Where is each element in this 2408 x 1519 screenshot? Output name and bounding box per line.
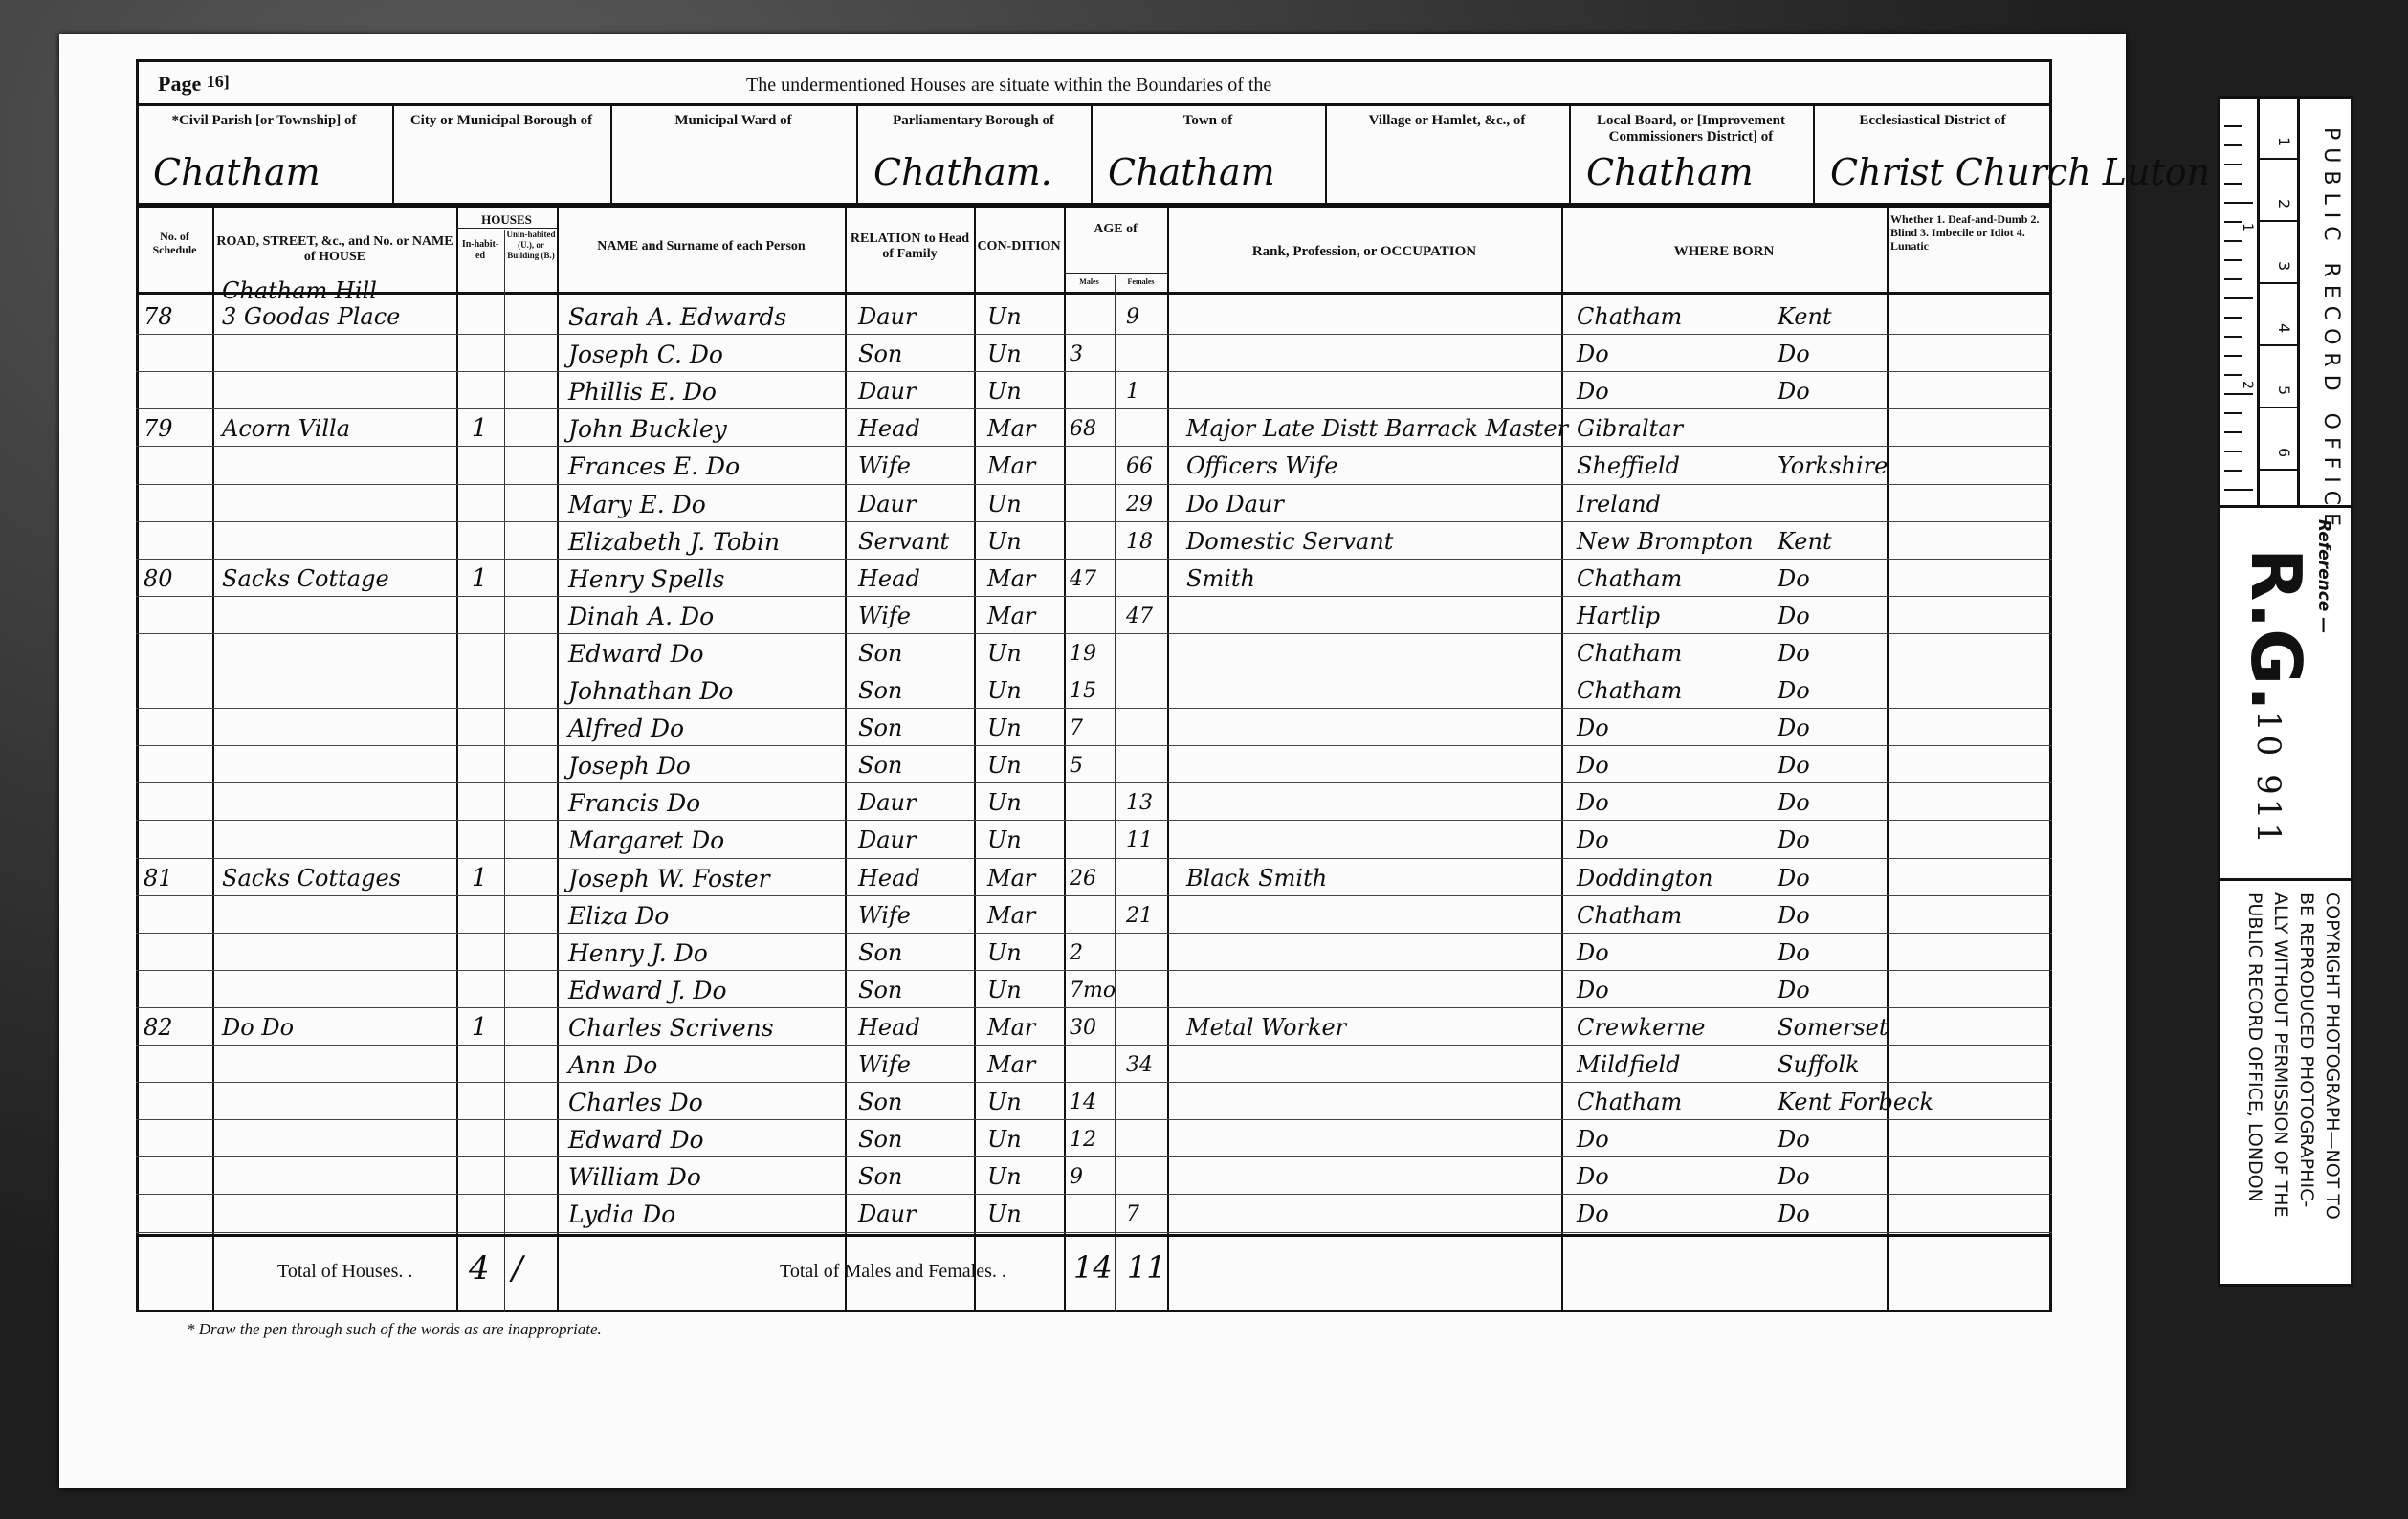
relation-to-head: Son [858,635,902,672]
place-label: *Civil Parish [or Township] of [140,113,388,129]
divider [1064,273,1167,274]
divider [136,103,2052,106]
birthplace: Chatham [1577,635,1682,672]
column-divider [845,203,847,1312]
person-name: William Do [568,1158,701,1196]
scale-number: 5 [2275,385,2293,395]
marital-condition: Un [987,935,1022,972]
scale-number: 6 [2275,448,2293,457]
ruler-tick [2224,355,2242,357]
person-name: Sarah A. Edwards [568,298,786,336]
column-divider [1064,203,1066,1312]
birth-county: Do [1778,1196,1810,1233]
birth-county: Do [1778,373,1810,410]
divider [2257,220,2297,222]
divider [2297,99,2300,505]
divider [2257,469,2297,471]
place-label: Municipal Ward of [614,113,852,129]
row-rule [136,1082,2052,1083]
place-value: Chatham [153,151,320,193]
birth-county: Kent [1778,523,1832,561]
relation-to-head: Head [858,1009,920,1046]
marital-condition: Un [987,822,1022,859]
marital-condition: Mar [987,897,1035,935]
relation-to-head: Son [858,336,902,373]
marital-condition: Un [987,1121,1022,1158]
occupation: Major Late Distt Barrack Master [1186,410,1568,448]
birthplace: Chatham [1577,561,1682,598]
occupation: Metal Worker [1186,1009,1346,1046]
ruler-tick [2224,393,2253,395]
birth-county: Do [1778,747,1810,784]
relation-to-head: Son [858,747,902,784]
birth-county: Do [1778,561,1810,598]
column-divider [557,203,559,1312]
female-age: 21 [1126,897,1153,935]
person-name: Joseph Do [568,747,691,784]
place-label: City or Municipal Borough of [396,113,607,129]
reference-label: Reference — [2314,519,2333,633]
female-age: 66 [1126,448,1153,485]
ruler-tick [2224,317,2242,319]
copyright-line: ALLY WITHOUT PERMISSION OF THE [2270,892,2291,1218]
divider [2257,344,2297,346]
marital-condition: Mar [987,410,1035,448]
relation-to-head: Daur [858,784,916,822]
place-value: Christ Church Luton [1830,151,2210,193]
column-header-males: Males [1064,277,1115,287]
male-age: 19 [1070,635,1096,672]
place-value: Chatham [1586,151,1754,193]
divider [2257,282,2297,284]
birthplace: Do [1577,1196,1609,1233]
birth-county: Do [1778,860,1810,897]
divider [136,203,2052,208]
scale-number: 2 [2275,199,2293,209]
schedule-number: 80 [144,561,173,598]
house-name: 3 Goodas Place [222,298,400,336]
marital-condition: Mar [987,598,1035,635]
marital-condition: Un [987,672,1022,710]
ruler-tick [2224,470,2242,472]
office-name: PUBLIC RECORD OFFICE [2319,127,2343,534]
column-header-relation: RELATION to Head of Family [847,231,973,262]
birth-county: Do [1778,635,1810,672]
birthplace: Chatham [1577,298,1682,336]
person-name: Ann Do [568,1046,657,1084]
person-name: Elizabeth J. Tobin [568,523,780,561]
relation-to-head: Son [858,672,902,710]
birthplace: Do [1577,784,1609,822]
marital-condition: Un [987,747,1022,784]
page-number-value: 16] [207,72,230,91]
schedule-number: 78 [144,298,173,336]
column-header-occupation: Rank, Profession, or OCCUPATION [1169,244,1559,260]
person-name: John Buckley [568,410,727,448]
relation-to-head: Wife [858,598,911,635]
column-header-infirmity: Whether 1. Deaf-and-Dumb 2. Blind 3. Imb… [1890,212,2049,253]
column-header-houses: HOUSES [456,212,557,227]
house-name: Sacks Cottages [222,860,401,897]
birth-county: Kent Forbeck [1778,1084,1933,1121]
divider [1091,105,1093,203]
birth-county: Do [1778,1158,1810,1196]
birthplace: Do [1577,1158,1609,1196]
copyright-line: PUBLIC RECORD OFFICE, LONDON [2244,892,2265,1202]
male-age: 12 [1070,1121,1096,1158]
row-rule [136,633,2052,634]
person-name: Joseph W. Foster [568,860,770,897]
marital-condition: Mar [987,1009,1035,1046]
row-rule [136,484,2052,485]
house-name: Acorn Villa [222,410,350,448]
birthplace: Sheffield [1577,448,1680,485]
place-label: Village or Hamlet, &c., of [1329,113,1565,129]
birth-county: Kent [1778,298,1832,336]
scale-inch: 2 [2240,381,2255,389]
column-header-born: WHERE BORN [1563,244,1885,260]
ruler-tick [2224,412,2242,414]
ruler-tick [2224,297,2253,299]
row-rule [136,970,2052,971]
ruler-tick [2224,374,2242,376]
column-header-inhabited: In-habit-ed [458,239,502,262]
marital-condition: Un [987,784,1022,822]
relation-to-head: Son [858,935,902,972]
occupation: Do Daur [1186,486,1284,523]
male-age: 15 [1070,672,1096,710]
male-age: 68 [1070,410,1096,448]
house-name: Sacks Cottage [222,561,389,598]
ruler-tick [2224,202,2253,204]
column-divider [456,203,458,1312]
person-name: Edward Do [568,635,704,672]
birth-county: Suffolk [1778,1046,1860,1084]
birthplace: Do [1577,336,1609,373]
person-name: Charles Scrivens [568,1009,774,1046]
column-divider [1561,203,1563,1312]
relation-to-head: Daur [858,486,916,523]
ruler-tick [2224,336,2242,338]
total-houses-inhabited: 4 [469,1249,490,1288]
inhabited-count: 1 [472,410,488,448]
divider [856,105,858,203]
row-rule [136,521,2052,522]
schedule-number: 79 [144,410,173,448]
ruler-tick [2224,451,2242,452]
divider [2220,878,2351,881]
birthplace: Doddington [1577,860,1712,897]
row-rule [136,933,2052,934]
person-name: Joseph C. Do [568,336,723,373]
birthplace: Chatham [1577,1084,1682,1121]
person-name: Charles Do [568,1084,703,1121]
birthplace: Chatham [1577,672,1682,710]
marital-condition: Un [987,523,1022,561]
male-age: 9 [1070,1158,1083,1196]
row-rule [136,559,2052,560]
female-age: 47 [1126,598,1153,635]
person-name: Edward J. Do [568,972,727,1009]
column-divider [504,230,505,1312]
divider [1813,105,1815,203]
place-value: Chatham [1108,151,1275,193]
birth-county: Do [1778,784,1810,822]
place-label: Parliamentary Borough of [860,113,1087,129]
page-label: Page [158,72,201,96]
scale-inch: 1 [2240,223,2255,231]
scale-number: 1 [2275,137,2293,146]
total-persons-label: Total of Males and Females. . [780,1261,1006,1283]
column-divider [1887,203,1889,1312]
divider [2257,407,2297,408]
row-rule [136,334,2052,335]
scale-section: 12345612 PUBLIC RECORD OFFICE [2220,99,2351,508]
birthplace: Do [1577,972,1609,1009]
relation-to-head: Wife [858,1046,911,1084]
row-rule [136,820,2052,821]
person-name: Margaret Do [568,822,724,859]
birth-county: Do [1778,710,1810,747]
male-age: 30 [1070,1009,1096,1046]
ruler-tick [2224,259,2242,261]
marital-condition: Un [987,1196,1022,1233]
ruler-tick [2224,125,2242,127]
scale-number: 4 [2275,323,2293,333]
marital-condition: Mar [987,1046,1035,1084]
copyright-line: BE REPRODUCED PHOTOGRAPHIC- [2296,892,2317,1207]
female-age: 9 [1126,298,1139,336]
marital-condition: Un [987,710,1022,747]
column-header-name: NAME and Surname of each Person [560,239,843,254]
ruler-tick [2224,144,2242,146]
scale-number: 3 [2275,261,2293,271]
birthplace: Hartlip [1577,598,1660,635]
divider [136,292,2052,295]
person-name: Frances E. Do [568,448,740,485]
person-name: Dinah A. Do [568,598,714,635]
birthplace: Do [1577,1121,1609,1158]
birth-county: Do [1778,972,1810,1009]
marital-condition: Mar [987,561,1035,598]
row-rule [136,1194,2052,1195]
total-houses-uninhabited: / [512,1249,522,1288]
relation-to-head: Head [858,410,920,448]
marital-condition: Un [987,1084,1022,1121]
female-age: 11 [1126,822,1153,859]
divider [136,1234,2052,1237]
row-rule [136,858,2052,859]
male-age: 3 [1070,336,1083,373]
divider [1325,105,1327,203]
person-name: Lydia Do [568,1196,675,1233]
relation-to-head: Daur [858,1196,916,1233]
relation-to-head: Daur [858,822,916,859]
person-name: Mary E. Do [568,486,706,523]
relation-to-head: Daur [858,373,916,410]
person-name: Johnathan Do [568,672,733,710]
inhabited-count: 1 [472,561,488,598]
divider [392,105,394,203]
person-name: Francis Do [568,784,700,822]
divider [1569,105,1571,203]
column-divider [1167,203,1169,1312]
female-age: 34 [1126,1046,1153,1084]
female-age: 29 [1126,486,1153,523]
occupation: Officers Wife [1186,448,1337,485]
birth-county: Do [1778,1121,1810,1158]
relation-to-head: Servant [858,523,949,561]
ruler-tick [2224,431,2242,433]
female-age: 13 [1126,784,1153,822]
ruler-tick [2224,183,2242,185]
column-divider [974,203,976,1312]
male-age: 2 [1070,935,1083,972]
place-value: Chatham. [873,151,1052,193]
relation-to-head: Son [858,710,902,747]
relation-to-head: Son [858,1121,902,1158]
person-name: Phillis E. Do [568,373,717,410]
male-age: 47 [1070,561,1096,598]
relation-to-head: Daur [858,298,916,336]
total-males: 14 [1073,1249,1113,1286]
row-rule [136,782,2052,783]
birthplace: Do [1577,710,1609,747]
birth-county: Yorkshire [1778,448,1888,485]
page-title: The undermentioned Houses are situate wi… [746,75,1271,97]
total-houses-label: Total of Houses. . [277,1261,412,1283]
total-females: 11 [1127,1249,1166,1286]
row-rule [136,1232,2052,1233]
relation-to-head: Wife [858,448,911,485]
column-header-females: Females [1115,277,1167,287]
column-header-age: AGE of [1064,222,1167,237]
ruler-tick [2224,240,2242,242]
person-name: Alfred Do [568,710,684,747]
marital-condition: Un [987,972,1022,1009]
divider [610,105,612,203]
female-age: 18 [1126,523,1153,561]
schedule-number: 82 [144,1009,173,1046]
birth-county: Do [1778,822,1810,859]
birthplace: Do [1577,747,1609,784]
inhabited-count: 1 [472,1009,488,1046]
male-age: 5 [1070,747,1083,784]
relation-to-head: Head [858,860,920,897]
birthplace: Ireland [1577,486,1661,523]
marital-condition: Un [987,635,1022,672]
male-age: 14 [1070,1084,1096,1121]
schedule-number: 81 [144,860,173,897]
house-name: Do Do [222,1009,294,1046]
relation-to-head: Son [858,1084,902,1121]
person-name: Eliza Do [568,897,669,935]
ruler-tick [2224,489,2253,491]
relation-to-head: Wife [858,897,911,935]
footnote: * Draw the pen through such of the words… [187,1320,602,1339]
person-name: Henry J. Do [568,935,708,972]
person-name: Henry Spells [568,561,724,598]
occupation: Smith [1186,561,1255,598]
divider [456,228,557,229]
person-name: Edward Do [568,1121,704,1158]
birthplace: Mildfield [1577,1046,1681,1084]
birth-county: Do [1778,336,1810,373]
birthplace: Do [1577,935,1609,972]
ruler-tick [2224,278,2242,280]
marital-condition: Un [987,298,1022,336]
column-header-schedule: No. of Schedule [139,230,210,256]
birth-county: Do [1778,897,1810,935]
marital-condition: Un [987,486,1022,523]
marital-condition: Un [987,336,1022,373]
column-header-condition: CON-DITION [976,239,1062,254]
marital-condition: Mar [987,448,1035,485]
divider [2257,158,2297,160]
female-age: 1 [1126,373,1139,410]
column-divider [212,203,214,1312]
marital-condition: Mar [987,860,1035,897]
birth-county: Somerset [1778,1009,1889,1046]
birth-county: Do [1778,672,1810,710]
occupation: Black Smith [1186,860,1327,897]
row-rule [136,371,2052,372]
birthplace: Gibraltar [1577,410,1683,448]
male-age: 7mo [1070,972,1116,1009]
relation-to-head: Head [858,561,920,598]
marital-condition: Un [987,1158,1022,1196]
row-rule [136,745,2052,746]
marital-condition: Un [987,373,1022,410]
column-header-uninhabited: Unin-habited (U.), or Building (B.) [506,230,556,261]
birthplace: Do [1577,373,1609,410]
place-label: Town of [1094,113,1321,129]
female-age: 7 [1126,1196,1139,1233]
birth-county: Do [1778,598,1810,635]
reference-code: R.G. [2236,548,2316,712]
male-age: 7 [1070,710,1083,747]
row-rule [136,408,2052,409]
column-header-road: ROAD, STREET, &c., and No. or NAME of HO… [215,234,454,265]
reference-number: 10 911 [2249,711,2287,848]
public-record-office-strip: 12345612 PUBLIC RECORD OFFICE Reference … [2218,96,2353,1287]
birthplace: Crewkerne [1577,1009,1705,1046]
place-label: Local Board, or [Improvement Commissione… [1573,113,1809,145]
relation-to-head: Son [858,972,902,1009]
copyright-line: COPYRIGHT PHOTOGRAPH—NOT TO [2322,892,2343,1220]
inhabited-count: 1 [472,860,488,897]
male-age: 26 [1070,860,1096,897]
place-label: Ecclesiastical District of [1817,113,2048,129]
birthplace: New Brompton [1577,523,1754,561]
birth-county: Do [1778,935,1810,972]
page-number: Page 16] [158,72,230,97]
birthplace: Do [1577,822,1609,859]
relation-to-head: Son [858,1158,902,1196]
birthplace: Chatham [1577,897,1682,935]
occupation: Domestic Servant [1186,523,1393,561]
ruler-tick [2224,164,2242,165]
